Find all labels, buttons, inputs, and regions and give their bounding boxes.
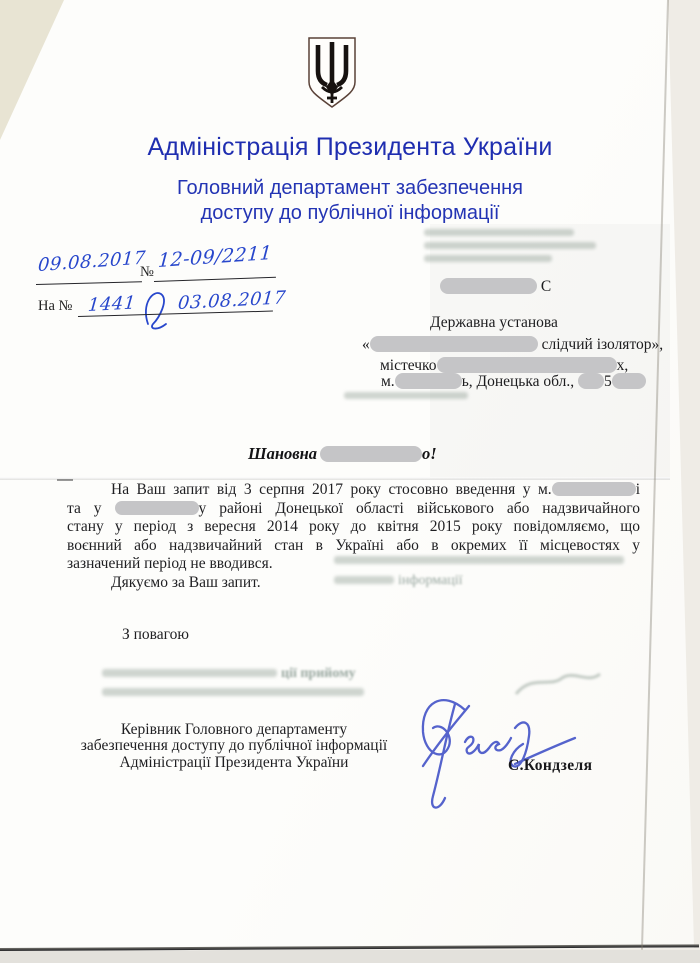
- reply-to-label: На №: [38, 298, 72, 315]
- dept-line-2: доступу до публічної інформації: [0, 202, 700, 225]
- dept-line-1: Головний департамент забезпечення: [0, 177, 700, 200]
- signer-title-block: Керівник Головного департаменту забезпеч…: [78, 722, 390, 771]
- closing-respect: З повагою: [122, 626, 189, 644]
- scanned-letter: Адміністрація Президента України Головни…: [0, 0, 700, 963]
- handwritten-signature: [403, 688, 578, 823]
- body-line: воєнний або надзвичайний стан в Україні …: [67, 537, 640, 556]
- handwritten-vid-flourish: [138, 286, 180, 332]
- bleed-through-text: [424, 229, 596, 262]
- letter-page: Адміністрація Президента України Головни…: [0, 0, 700, 963]
- quote-mark: «: [362, 336, 370, 353]
- bleed-through-text: [344, 392, 468, 399]
- body-line: та у у районі Донецької області військов…: [67, 500, 640, 519]
- redaction: [552, 482, 636, 496]
- recipient-institution: Державна установа: [430, 314, 558, 332]
- recipient-city-line: м.ь, Донецька обл., 5: [381, 373, 646, 391]
- greeting-fragment: о!: [422, 444, 437, 463]
- signer-name: С.Кондзеля: [508, 757, 592, 775]
- signer-title-line: Адміністрації Президента України: [78, 755, 390, 771]
- number-sign-label: №: [140, 264, 154, 281]
- settlement-fragment: х,: [617, 357, 629, 374]
- region-fragment: ь, Донецька обл.,: [462, 373, 574, 390]
- bleed-through-text: ції прийому: [102, 664, 364, 696]
- settlement-word: містечко: [380, 357, 437, 374]
- body-line: стану у період з вересня 2014 року до кв…: [67, 518, 640, 537]
- redaction: [370, 336, 538, 352]
- facility-fragment: слідчий ізолятор»,: [542, 336, 664, 353]
- recipient-name-fragment: С: [541, 278, 551, 295]
- redaction: [320, 446, 422, 462]
- recipient-facility-line: « слідчий ізолятор»,: [362, 336, 663, 354]
- body-line: На Ваш запит від 3 серпня 2017 року стос…: [67, 481, 640, 500]
- redaction: [437, 357, 617, 373]
- recipient-name-line: С: [440, 278, 551, 296]
- redaction: [578, 373, 604, 389]
- redaction: [612, 373, 646, 389]
- handwritten-incoming-number: 1441: [87, 292, 137, 316]
- form-underline: [36, 281, 142, 285]
- handwritten-outgoing-number: 12-09/2211: [157, 242, 273, 272]
- scan-seam: [0, 477, 670, 480]
- redaction: [440, 278, 537, 294]
- scanner-bed-bottom: [0, 950, 700, 963]
- signer-title-line: забезпечення доступу до публічної інформ…: [78, 738, 390, 754]
- city-abbrev: м.: [381, 373, 395, 390]
- greeting-line: Шановнао!: [248, 444, 437, 464]
- signer-title-line: Керівник Головного департаменту: [78, 722, 390, 738]
- handwritten-outgoing-date: 09.08.2017: [37, 247, 146, 276]
- coat-of-arms-tryzub-icon: [306, 36, 358, 110]
- postal-digit: 5: [604, 373, 612, 390]
- greeting-word: Шановна: [248, 444, 317, 463]
- redaction: [395, 373, 462, 389]
- org-title: Адміністрація Президента України: [0, 133, 700, 162]
- bleed-through-text: інформації: [334, 556, 624, 589]
- redaction: [115, 501, 199, 515]
- form-underline: [154, 277, 276, 282]
